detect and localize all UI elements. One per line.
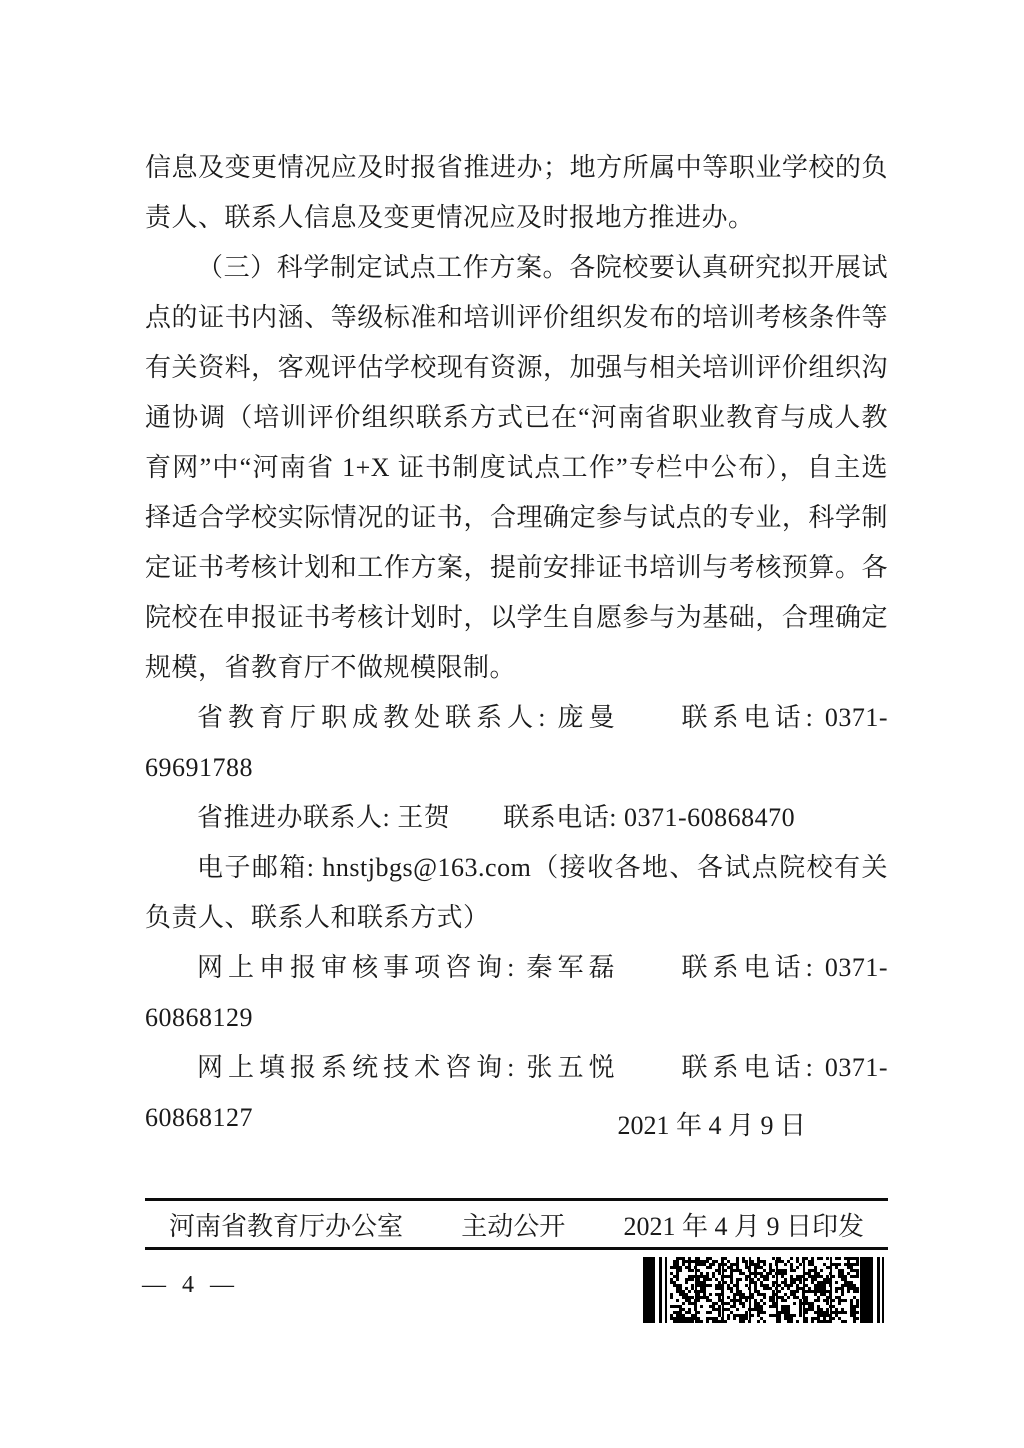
paragraph-carryover: 信息及变更情况应及时报省推进办；地方所属中等职业学校的负责人、联系人信息及变更情… xyxy=(145,143,888,243)
contact-line-email: 电子邮箱: hnstjbgs@163.com（接收各地、各试点院校有关负责人、联… xyxy=(145,843,888,943)
contact-line-promotion-office: 省推进办联系人: 王贺 联系电话: 0371-60868470 xyxy=(145,793,888,843)
page-number: — 4 — xyxy=(142,1272,239,1299)
footer-issuer: 河南省教育厅办公室 xyxy=(169,1206,403,1243)
paragraph-section-three: （三）科学制定试点工作方案。各院校要认真研究拟开展试点的证书内涵、等级标准和培训… xyxy=(145,243,888,693)
barcode-icon xyxy=(643,1257,886,1323)
footer-disclosure: 主动公开 xyxy=(461,1206,565,1243)
contact-line-vocational-education-office: 省教育厅职成教处联系人: 庞曼 联系电话: 0371-69691788 xyxy=(145,693,888,793)
footer-print-date: 2021 年 4 月 9 日印发 xyxy=(623,1206,864,1243)
document-body: 信息及变更情况应及时报省推进办；地方所属中等职业学校的负责人、联系人信息及变更情… xyxy=(145,143,888,1143)
footer-rule-bottom xyxy=(145,1247,888,1250)
colophon: 河南省教育厅办公室 主动公开 2021 年 4 月 9 日印发 xyxy=(145,1201,888,1247)
document-page: 信息及变更情况应及时报省推进办；地方所属中等职业学校的负责人、联系人信息及变更情… xyxy=(0,0,1024,1448)
contact-line-online-report-review: 网上申报审核事项咨询: 秦军磊 联系电话: 0371-60868129 xyxy=(145,943,888,1043)
document-date: 2021 年 4 月 9 日 xyxy=(145,1106,888,1146)
